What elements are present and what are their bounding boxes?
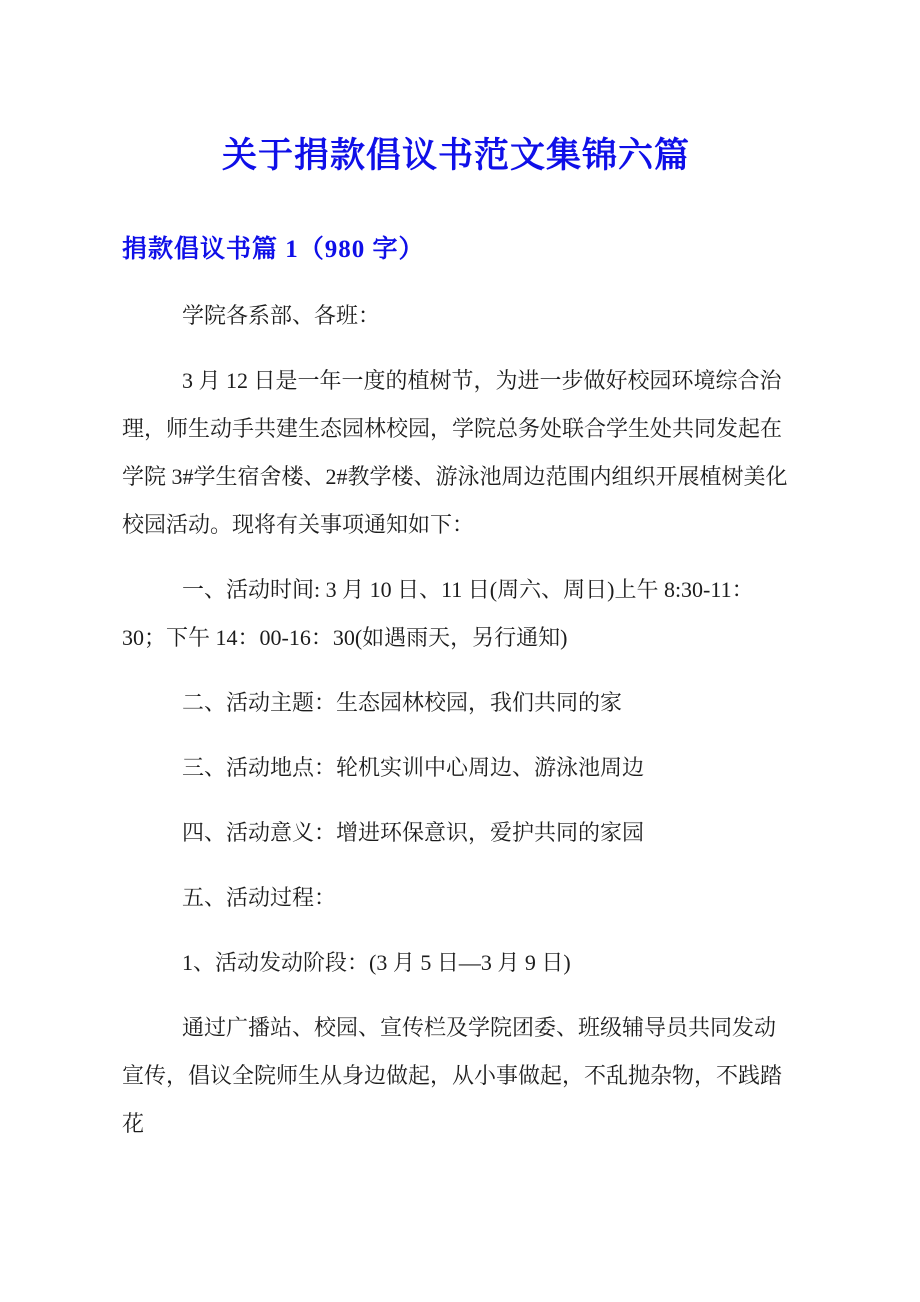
paragraph-publicity: 通过广播站、校园、宣传栏及学院团委、班级辅导员共同发动宣传，倡议全院师生从身边做…: [122, 1004, 790, 1148]
document-body: 学院各系部、各班： 3 月 12 日是一年一度的植树节，为进一步做好校园环境综合…: [122, 292, 790, 1148]
paragraph-intro: 3 月 12 日是一年一度的植树节，为进一步做好校园环境综合治理，师生动手共建生…: [122, 357, 790, 549]
paragraph-item-process: 五、活动过程：: [122, 874, 790, 922]
paragraph-salutation: 学院各系部、各班：: [122, 292, 790, 340]
section-heading: 捐款倡议书篇 1（980 字）: [122, 228, 790, 272]
document-title: 关于捐款倡议书范文集锦六篇: [122, 130, 790, 182]
paragraph-item-time: 一、活动时间: 3 月 10 日、11 日(周六、周日)上午 8:30-11：3…: [122, 566, 790, 662]
document-page: 关于捐款倡议书范文集锦六篇 捐款倡议书篇 1（980 字） 学院各系部、各班： …: [0, 0, 920, 1302]
paragraph-stage-launch: 1、活动发动阶段：(3 月 5 日—3 月 9 日): [122, 939, 790, 987]
paragraph-item-location: 三、活动地点：轮机实训中心周边、游泳池周边: [122, 744, 790, 792]
paragraph-item-meaning: 四、活动意义：增进环保意识，爱护共同的家园: [122, 809, 790, 857]
paragraph-item-theme: 二、活动主题：生态园林校园，我们共同的家: [122, 679, 790, 727]
